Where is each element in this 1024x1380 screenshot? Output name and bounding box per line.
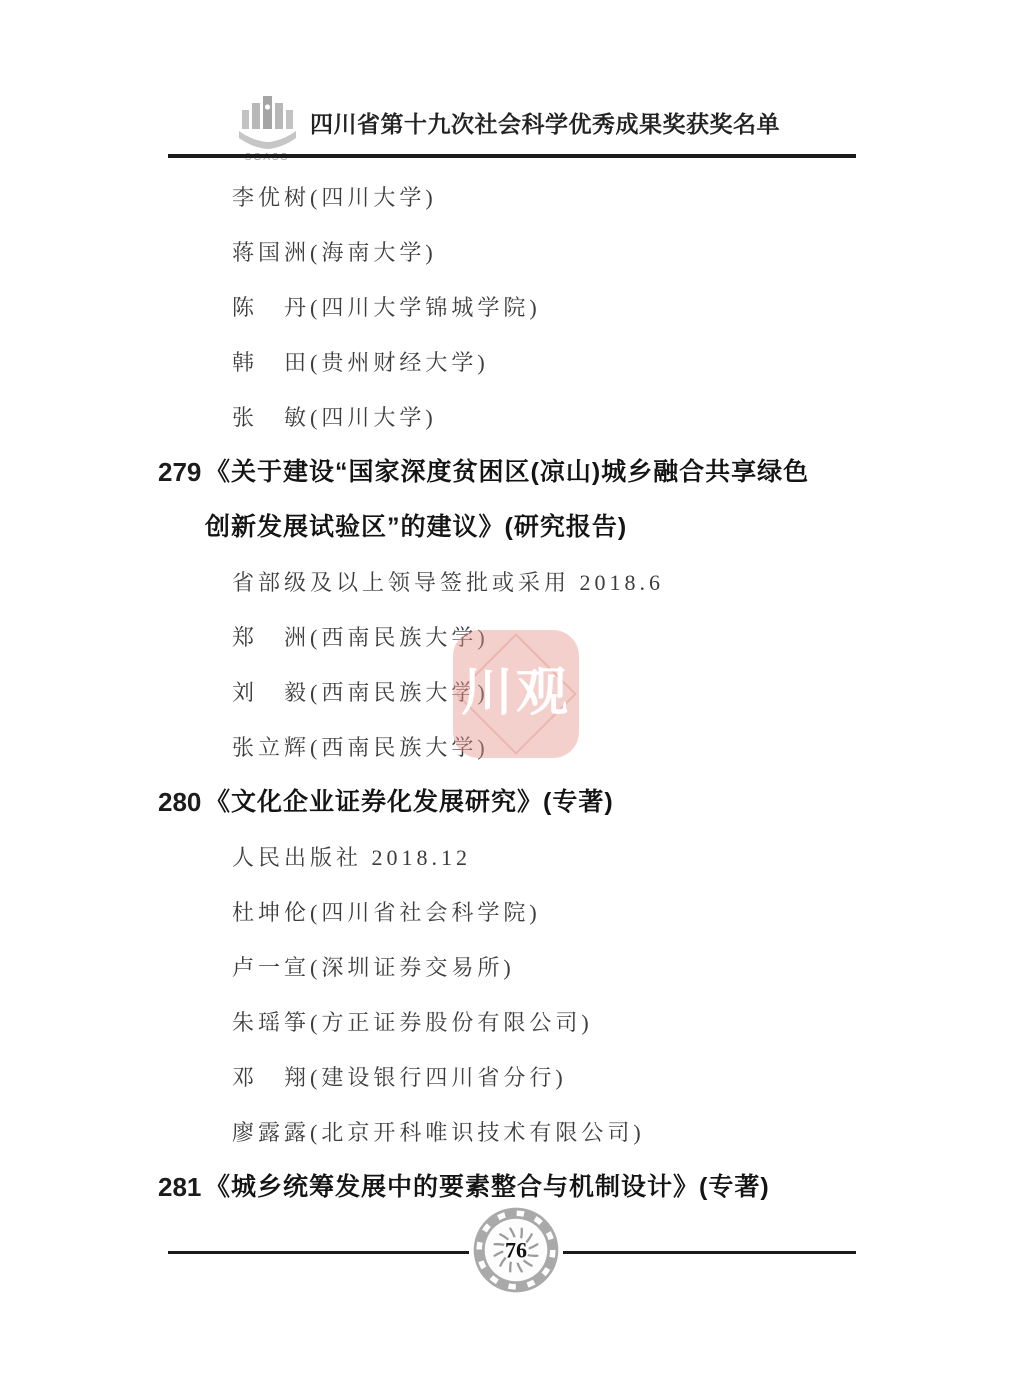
person-row: 邓 翔(建设银行四川省分行)	[0, 1050, 1024, 1105]
person-text: 刘 毅(西南民族大学)	[232, 680, 489, 705]
entry-number: 280	[158, 775, 201, 830]
entry-title-line: 《文化企业证券化发展研究》(专著)	[205, 775, 1024, 830]
person-text: 陈 丹(四川大学锦城学院)	[232, 295, 541, 320]
person-row: 张 敏(四川大学)	[0, 390, 1024, 445]
person-text: 蒋国洲(海南大学)	[232, 240, 437, 265]
person-text: 韩 田(贵州财经大学)	[232, 350, 489, 375]
chuanguan-watermark-icon: 川观	[453, 630, 579, 758]
source-row: 省部级及以上领导签批或采用 2018.6	[0, 555, 1024, 610]
person-row: 朱瑶筝(方正证券股份有限公司)	[0, 995, 1024, 1050]
entry-title-line: 《城乡统筹发展中的要素整合与机制设计》(专著)	[205, 1160, 1024, 1215]
entry-title-line: 《关于建设“国家深度贫困区(凉山)城乡融合共享绿色	[205, 445, 1024, 500]
person-text: 张 敏(四川大学)	[232, 405, 437, 430]
footer-rule-left	[168, 1251, 469, 1254]
person-row: 陈 丹(四川大学锦城学院)	[0, 280, 1024, 335]
footer-rule-right	[563, 1251, 856, 1254]
person-text: 杜坤伦(四川省社会科学院)	[232, 900, 541, 925]
source-row: 人民出版社 2018.12	[0, 830, 1024, 885]
person-row: 杜坤伦(四川省社会科学院)	[0, 885, 1024, 940]
entry-row-280: 280 《文化企业证券化发展研究》(专著)	[0, 775, 1024, 830]
source-text: 省部级及以上领导签批或采用 2018.6	[232, 570, 664, 595]
page-number-badge: 76	[470, 1204, 562, 1296]
person-row: 韩 田(贵州财经大学)	[0, 335, 1024, 390]
person-row: 蒋国洲(海南大学)	[0, 225, 1024, 280]
person-row: 廖露露(北京开科唯识技术有限公司)	[0, 1105, 1024, 1160]
entry-number: 279	[158, 445, 201, 500]
person-text: 张立辉(西南民族大学)	[232, 735, 489, 760]
person-text: 朱瑶筝(方正证券股份有限公司)	[232, 1010, 593, 1035]
person-text: 邓 翔(建设银行四川省分行)	[232, 1065, 567, 1090]
page-title: 四川省第十九次社会科学优秀成果奖获奖名单	[310, 106, 780, 139]
entry-title-line: 创新发展试验区”的建议》(研究报告)	[205, 500, 1024, 555]
watermark-text: 川观	[453, 630, 579, 758]
source-text: 人民出版社 2018.12	[232, 845, 471, 870]
sgass-logo-icon: SGASS	[226, 94, 308, 162]
person-text: 郑 洲(西南民族大学)	[232, 625, 489, 650]
person-text: 卢一宣(深圳证券交易所)	[232, 955, 515, 980]
entry-row-279: 279 《关于建设“国家深度贫困区(凉山)城乡融合共享绿色 创新发展试验区”的建…	[0, 445, 1024, 555]
person-row: 卢一宣(深圳证券交易所)	[0, 940, 1024, 995]
header-rule	[168, 154, 856, 158]
person-row: 李优树(四川大学)	[0, 170, 1024, 225]
person-text: 李优树(四川大学)	[232, 185, 437, 210]
page-number: 76	[505, 1237, 527, 1262]
document-page: SGASS 四川省第十九次社会科学优秀成果奖获奖名单 李优树(四川大学) 蒋国洲…	[0, 0, 1024, 1380]
entry-number: 281	[158, 1160, 201, 1215]
person-text: 廖露露(北京开科唯识技术有限公司)	[232, 1120, 645, 1145]
